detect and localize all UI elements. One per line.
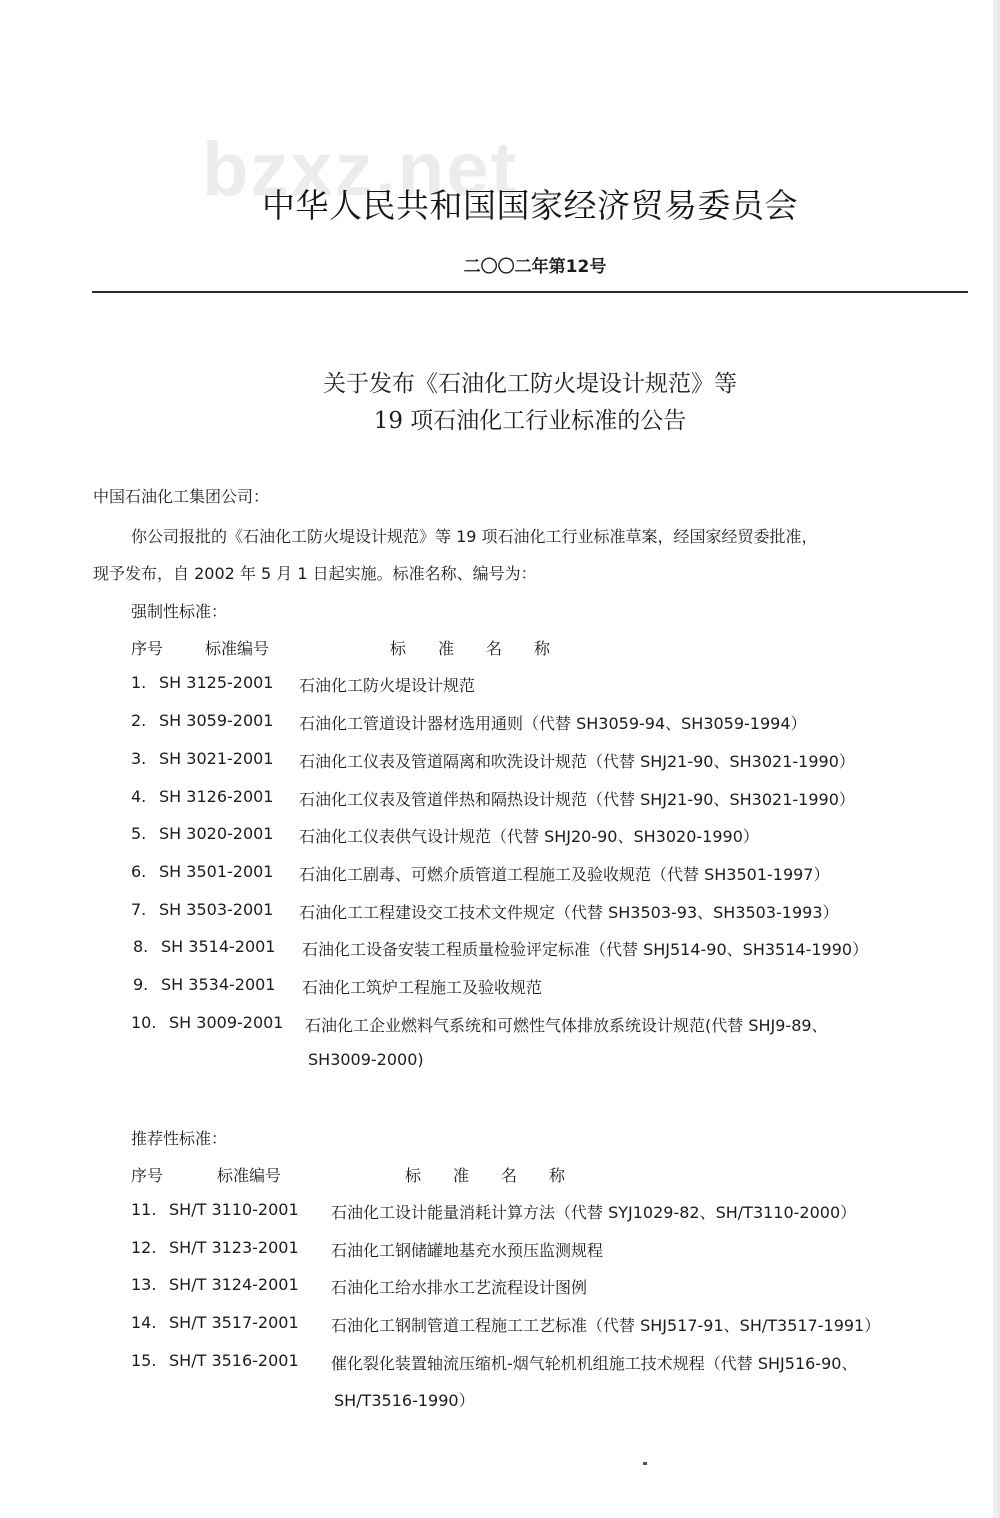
standard-name: 石油化工筑炉工程施工及验收规范 (302, 975, 542, 998)
header-name: 标 准 名 称 (390, 636, 550, 659)
standard-row: 13. SH/T 3124-2001 石油化工给水排水工艺流程设计图例 (131, 1275, 587, 1298)
standard-row: 3. SH 3021-2001 石油化工仪表及管道隔离和吹洗设计规范（代替 SH… (131, 749, 855, 772)
standard-row: 5. SH 3020-2001 石油化工仪表供气设计规范（代替 SHJ20-90… (131, 824, 759, 847)
recommended-section-label: 推荐性标准： (131, 1126, 227, 1149)
standard-row: 9. SH 3534-2001 石油化工筑炉工程施工及验收规范 (133, 975, 542, 998)
standard-name: 石油化工剧毒、可燃介质管道工程施工及验收规范（代替 SH3501-1997） (299, 862, 830, 885)
standard-code: SH 3503-2001 (159, 900, 299, 923)
issuing-agency: 中华人民共和国国家经济贸易委员会 (262, 180, 798, 227)
standard-row: 10. SH 3009-2001 石油化工企业燃料气系统和可燃性气体排放系统设计… (131, 1013, 828, 1036)
standard-code: SH/T 3516-2001 (169, 1351, 331, 1374)
standard-code: SH 3126-2001 (159, 787, 299, 810)
header-code: 标准编号 (217, 1163, 281, 1186)
standard-name: 石油化工仪表供气设计规范（代替 SHJ20-90、SH3020-1990） (299, 824, 759, 847)
standard-code: SH 3514-2001 (161, 937, 302, 960)
addressee: 中国石油化工集团公司： (93, 484, 269, 507)
row-number: 9. (133, 975, 161, 998)
header-seq: 序号 (131, 636, 163, 659)
standard-name: 石油化工管道设计器材选用通则（代替 SH3059-94、SH3059-1994） (299, 711, 807, 734)
row-number: 6. (131, 862, 159, 885)
row-number: 12. (131, 1238, 169, 1261)
standard-name: 石油化工给水排水工艺流程设计图例 (331, 1275, 587, 1298)
page-edge (993, 0, 1000, 1518)
standard-name: 石油化工工程建设交工技术文件规定（代替 SH3503-93、SH3503-199… (299, 900, 839, 923)
header-seq: 序号 (131, 1163, 163, 1186)
row-number: 5. (131, 824, 159, 847)
standard-row: 8. SH 3514-2001 石油化工设备安装工程质量检验评定标准（代替 SH… (133, 937, 868, 960)
announcement-title-line1: 关于发布《石油化工防火堤设计规范》等 (0, 365, 1000, 398)
standard-row: 14. SH/T 3517-2001 石油化工钢制管道工程施工工艺标准（代替 S… (131, 1313, 880, 1336)
header-rule (92, 291, 968, 293)
mandatory-section-label: 强制性标准： (131, 599, 227, 622)
row-number: 13. (131, 1275, 169, 1298)
announcement-title-line2: 19 项石油化工行业标准的公告 (0, 402, 1000, 435)
standard-row: 6. SH 3501-2001 石油化工剧毒、可燃介质管道工程施工及验收规范（代… (131, 862, 830, 885)
row-number: 11. (131, 1200, 169, 1223)
standard-code: SH 3534-2001 (161, 975, 302, 998)
document-number: 二〇〇二年第12号 (0, 252, 1000, 277)
row-number: 4. (131, 787, 159, 810)
scan-speck (643, 1462, 647, 1465)
standard-name: 石油化工钢制管道工程施工工艺标准（代替 SHJ517-91、SH/T3517-1… (331, 1313, 880, 1336)
standard-name: 石油化工设计能量消耗计算方法（代替 SYJ1029-82、SH/T3110-20… (331, 1200, 856, 1223)
standard-row: 4. SH 3126-2001 石油化工仪表及管道伴热和隔热设计规范（代替 SH… (131, 787, 855, 810)
standard-name-continuation: SH/T3516-1990） (334, 1388, 475, 1411)
standard-name: 石油化工防火堤设计规范 (299, 673, 475, 696)
standard-code: SH 3021-2001 (159, 749, 299, 772)
header-name: 标 准 名 称 (405, 1163, 565, 1186)
body-paragraph-line2: 现予发布，自 2002 年 5 月 1 日起实施。标准名称、编号为： (93, 561, 537, 584)
standard-name: 石油化工钢储罐地基充水预压监测规程 (331, 1238, 603, 1261)
standard-row: 15. SH/T 3516-2001 催化裂化装置轴流压缩机-烟气轮机机组施工技… (131, 1351, 857, 1374)
standard-code: SH 3125-2001 (159, 673, 299, 696)
standard-name: 石油化工企业燃料气系统和可燃性气体排放系统设计规范(代替 SHJ9-89、 (305, 1013, 828, 1036)
standard-row: 1. SH 3125-2001 石油化工防火堤设计规范 (131, 673, 475, 696)
standard-code: SH 3059-2001 (159, 711, 299, 734)
standard-name-continuation: SH3009-2000) (308, 1050, 424, 1069)
standard-code: SH/T 3110-2001 (169, 1200, 331, 1223)
row-number: 8. (133, 937, 161, 960)
standard-name: 催化裂化装置轴流压缩机-烟气轮机机组施工技术规程（代替 SHJ516-90、 (331, 1351, 857, 1374)
standard-code: SH/T 3517-2001 (169, 1313, 331, 1336)
row-number: 3. (131, 749, 159, 772)
standard-code: SH 3020-2001 (159, 824, 299, 847)
standard-name: 石油化工设备安装工程质量检验评定标准（代替 SHJ514-90、SH3514-1… (302, 937, 868, 960)
body-paragraph-line1: 你公司报批的《石油化工防火堤设计规范》等 19 项石油化工行业标准草案，经国家经… (131, 524, 818, 547)
row-number: 15. (131, 1351, 169, 1374)
row-number: 1. (131, 673, 159, 696)
standard-row: 2. SH 3059-2001 石油化工管道设计器材选用通则（代替 SH3059… (131, 711, 807, 734)
standard-name: 石油化工仪表及管道伴热和隔热设计规范（代替 SHJ21-90、SH3021-19… (299, 787, 855, 810)
standard-code: SH 3501-2001 (159, 862, 299, 885)
standard-name: 石油化工仪表及管道隔离和吹洗设计规范（代替 SHJ21-90、SH3021-19… (299, 749, 855, 772)
standard-code: SH 3009-2001 (169, 1013, 305, 1036)
row-number: 2. (131, 711, 159, 734)
standard-row: 12. SH/T 3123-2001 石油化工钢储罐地基充水预压监测规程 (131, 1238, 603, 1261)
row-number: 7. (131, 900, 159, 923)
standard-row: 11. SH/T 3110-2001 石油化工设计能量消耗计算方法（代替 SYJ… (131, 1200, 856, 1223)
standard-row: 7. SH 3503-2001 石油化工工程建设交工技术文件规定（代替 SH35… (131, 900, 839, 923)
row-number: 10. (131, 1013, 169, 1036)
standard-code: SH/T 3124-2001 (169, 1275, 331, 1298)
header-code: 标准编号 (205, 636, 269, 659)
row-number: 14. (131, 1313, 169, 1336)
standard-code: SH/T 3123-2001 (169, 1238, 331, 1261)
